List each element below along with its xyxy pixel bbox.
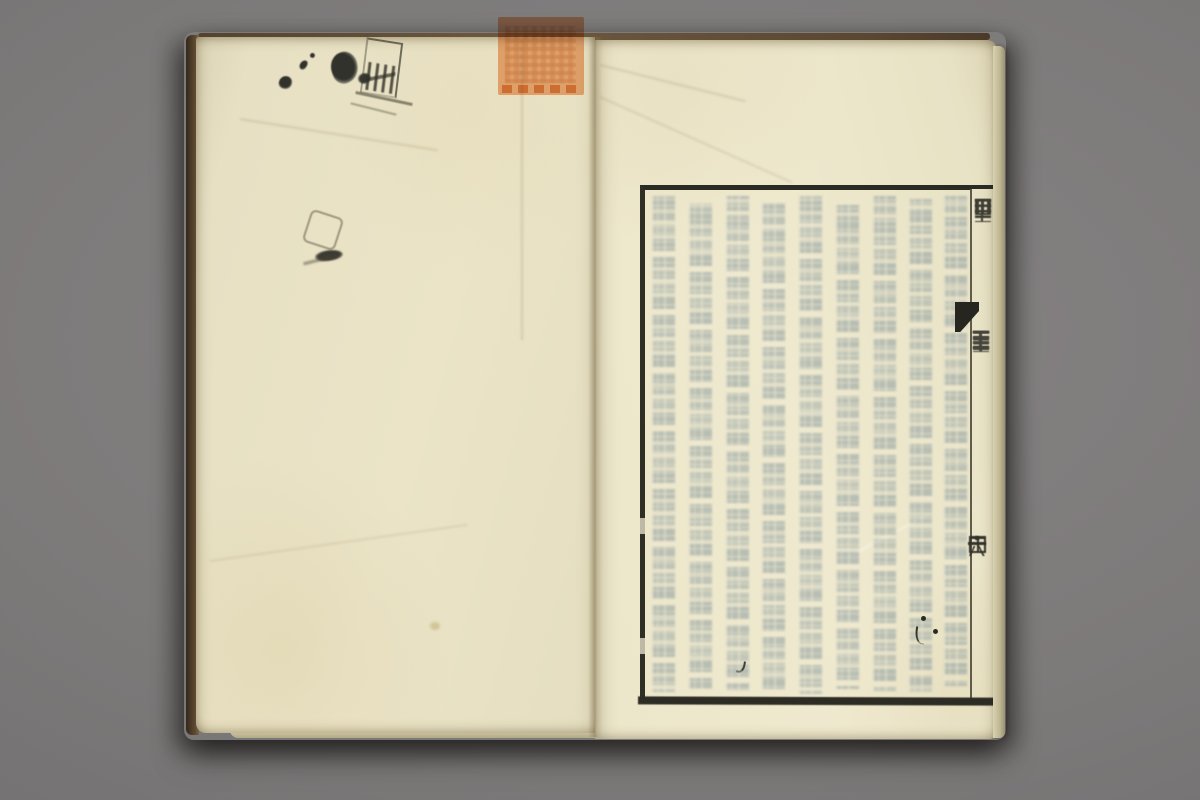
bleedthrough-column bbox=[944, 196, 967, 686]
paper-crease bbox=[600, 96, 793, 183]
paper-crease bbox=[240, 118, 438, 151]
photograph bbox=[0, 0, 1200, 800]
gutter-shadow bbox=[588, 37, 603, 737]
right-page bbox=[595, 40, 997, 739]
ink-dot bbox=[921, 616, 926, 621]
printed-frame-top-extension bbox=[970, 185, 994, 189]
ink-blob bbox=[327, 48, 363, 86]
partial-stamp-mark bbox=[360, 37, 403, 98]
margin-glyph bbox=[968, 536, 986, 556]
bleedthrough-column bbox=[836, 205, 859, 689]
bleedthrough-column bbox=[726, 196, 749, 690]
diamond-stamp-outline bbox=[302, 209, 345, 252]
stamp-inner-strokes bbox=[365, 62, 396, 94]
bleedthrough-column bbox=[689, 203, 712, 689]
margin-glyph bbox=[973, 331, 989, 349]
margin-glyph bbox=[975, 199, 991, 215]
orange-seal-stamp bbox=[498, 17, 584, 95]
paper-crease bbox=[210, 524, 468, 562]
ink-diagonal-stroke bbox=[350, 102, 396, 115]
frame-border-gap bbox=[640, 638, 645, 654]
bleedthrough-column bbox=[652, 196, 675, 692]
bleedthrough-column bbox=[762, 200, 785, 692]
page-edge-right bbox=[993, 46, 1005, 738]
bleedthrough-text-block bbox=[650, 196, 970, 700]
left-page bbox=[196, 37, 595, 733]
stain-spot bbox=[430, 622, 440, 630]
ink-blob bbox=[278, 75, 294, 91]
ink-dot bbox=[298, 59, 309, 71]
frame-border-gap bbox=[640, 518, 645, 534]
bleedthrough-column bbox=[799, 196, 822, 694]
bleedthrough-column bbox=[873, 196, 896, 691]
ink-dot bbox=[933, 629, 938, 634]
paper-crease bbox=[600, 64, 746, 102]
ink-dot bbox=[310, 53, 315, 58]
